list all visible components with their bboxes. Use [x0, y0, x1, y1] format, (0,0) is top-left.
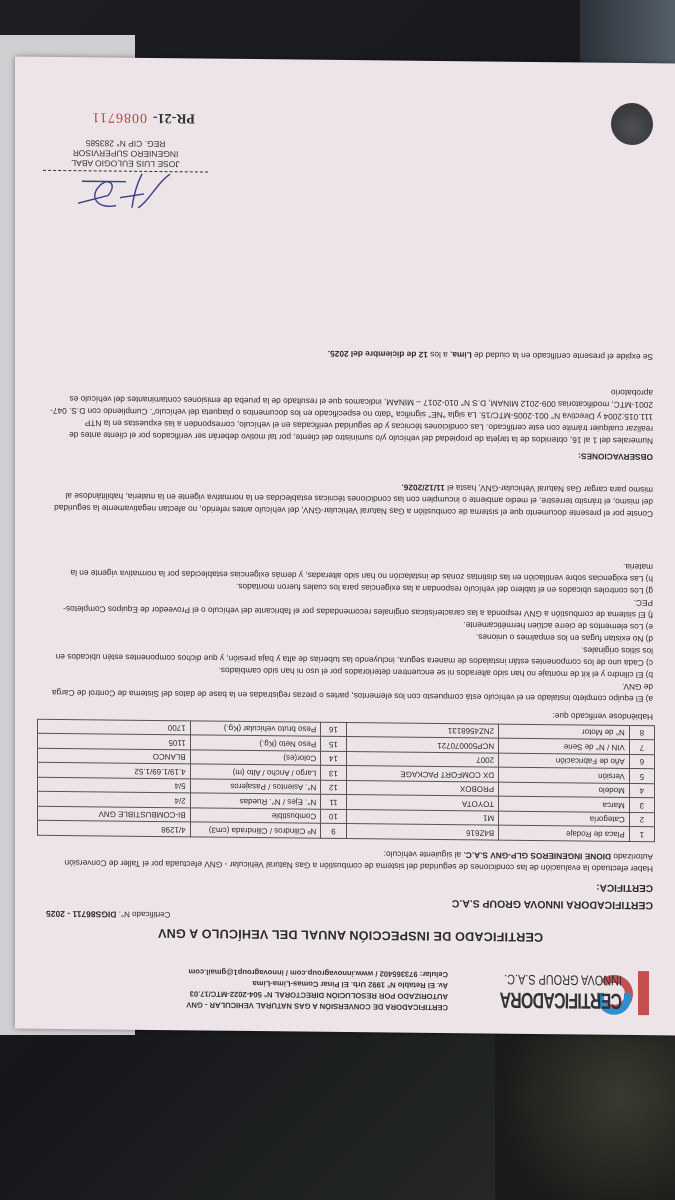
- table-cell-label2: Peso Neto (Kg.): [190, 735, 321, 751]
- table-cell-label2: N°. Ejes / N°. Ruedas: [190, 793, 321, 809]
- table-cell-value2: 1105: [38, 734, 191, 750]
- table-cell-value: DX COMFORT PACKAGE: [346, 766, 499, 782]
- issued-text: Se expide el presente certificado en la …: [472, 350, 653, 362]
- table-cell-value2: 4/1298: [38, 821, 191, 837]
- table-cell-n: 8: [629, 725, 654, 740]
- issued-text-mid: , a los: [428, 350, 452, 360]
- table-cell-n2: 15: [321, 737, 346, 752]
- certifica-label: CERTIFICA:: [596, 882, 653, 894]
- table-cell-value: PROBOX: [346, 781, 499, 797]
- gnv-certificate-document: CERTIFICADORA INNOVA GROUP S.A.C. CERTIF…: [15, 57, 675, 1036]
- certificate-number: Certificado N°. DIGS86711 - 2025: [46, 909, 170, 920]
- table-cell-label2: Peso bruto vehicular (Kg.): [190, 721, 321, 737]
- table-cell-label: Placa de Rodaje: [499, 826, 630, 842]
- table-cell-n: 4: [629, 783, 654, 798]
- table-cell-label2: Nº Cilindros / Cilindrada (cm3): [190, 822, 321, 838]
- table-cell-n: 7: [629, 740, 654, 755]
- document-header: CERTIFICADORA INNOVA GROUP S.A.C. CERTIF…: [48, 955, 653, 1023]
- table-cell-label: VIN / N° de Serie: [499, 739, 630, 755]
- table-cell-n2: 11: [321, 795, 346, 810]
- ig-logo-icon: [626, 967, 653, 1019]
- signature-block: JOSE LUIS EULOGIO ABAL INGENIERO SUPERVI…: [43, 138, 208, 213]
- observations-text: Numerales del 1 al 16, obtenidos de la t…: [44, 381, 653, 447]
- table-cell-label2: Combustible: [190, 808, 321, 824]
- issued-city: Lima: [452, 350, 471, 360]
- issued-statement: Se expide el presente certificado en la …: [44, 345, 653, 363]
- table-cell-label2: Color(es): [190, 750, 321, 766]
- table-cell-value: NCP500070721: [346, 737, 499, 753]
- observations-label: OBSERVACIONES:: [44, 445, 653, 463]
- signature-scribble-icon: [68, 169, 178, 212]
- intro-text-end: al siguiente vehículo:: [384, 849, 464, 860]
- table-cell-label: Categoría: [499, 811, 630, 827]
- table-cell-n: 3: [629, 798, 654, 813]
- intro-paragraph: Haber efectuado la evaluación de las con…: [44, 845, 653, 875]
- table-cell-n2: 16: [321, 722, 346, 737]
- table-cell-value2: 4.19/1.69/1.52: [38, 763, 191, 779]
- serial-number: PR-21-0086711: [92, 108, 195, 125]
- table-cell-value: B4Z616: [346, 824, 499, 840]
- logo-line-1: CERTIFICADORA: [500, 989, 622, 1012]
- certifier-name: CERTIFICADORA INNOVA GROUP S.A.C: [452, 897, 653, 911]
- valid-until-date: 11/12/2026.: [401, 483, 444, 493]
- document-title: CERTIFICADO DE INSPECCIÓN ANUAL DEL VEHÍ…: [38, 925, 663, 946]
- table-cell-n2: 9: [321, 824, 346, 839]
- table-cell-label2: Largo / Ancho / Alto (m): [190, 764, 321, 780]
- workshop-name: DIONE INGENIEROS GLP-GNV S.A.C.: [463, 850, 611, 862]
- table-cell-value: TOYOTA: [346, 795, 499, 811]
- table-cell-n2: 12: [321, 780, 346, 795]
- verified-list: a) El equipo completo instalado en el ve…: [44, 555, 653, 705]
- table-cell-n: 2: [629, 812, 654, 827]
- table-cell-value2: 2/4: [38, 792, 191, 808]
- signature: [43, 171, 208, 213]
- signer-name: JOSE LUIS EULOGIO ABAL: [43, 158, 208, 170]
- table-cell-label: Año de Fabricación: [499, 753, 630, 769]
- conste-text: Conste por el presente documento que el …: [54, 483, 653, 519]
- table-cell-label: Versión: [499, 768, 630, 784]
- punch-hole: [611, 103, 653, 145]
- table-cell-label: Modelo: [499, 782, 630, 798]
- certificate-number-value: DIGS86711 - 2025: [46, 909, 116, 920]
- conste-paragraph: Conste por el presente documento que el …: [44, 478, 653, 520]
- company-info: CERTIFICADORA DE CONVERSIÓN A GAS NATURA…: [186, 966, 448, 1013]
- issued-date: 12 de diciembre del 2025.: [328, 349, 428, 360]
- table-cell-n: 6: [629, 754, 654, 769]
- table-cell-n: 1: [629, 827, 654, 842]
- table-cell-value: 2NZ4568131: [346, 723, 499, 739]
- table-cell-value: 2007: [346, 752, 499, 768]
- table-cell-value2: 1700: [38, 719, 191, 735]
- signer-role: INGENIERO SUPERVISOR: [43, 148, 208, 160]
- table-cell-label2: N°. Asientos / Pasajeros: [190, 779, 321, 795]
- company-logo: CERTIFICADORA INNOVA GROUP S.A.C.: [453, 961, 653, 1023]
- signer-reg: REG. CIP N° 283585: [43, 138, 208, 150]
- table-cell-value2: BI-COMBUSTIBLE GNV: [38, 806, 191, 822]
- certificate-number-label: Certificado N°.: [119, 910, 171, 920]
- table-cell-label: Marca: [499, 797, 630, 813]
- table-cell-n2: 13: [321, 766, 346, 781]
- logo-line-2: INNOVA GROUP S.A.C.: [490, 973, 622, 988]
- serial-prefix: PR-21-: [153, 110, 195, 125]
- serial-value: 0086711: [92, 109, 147, 125]
- table-cell-value2: 5/4: [38, 777, 191, 793]
- table-cell-n2: 14: [321, 751, 346, 766]
- table-cell-label: N° de Motor: [499, 724, 630, 740]
- table-cell-value2: BLANCO: [38, 748, 191, 764]
- background-object: [495, 1030, 675, 1200]
- table-cell-n: 5: [629, 769, 654, 784]
- table-cell-value: M1: [346, 810, 499, 826]
- table-cell-n2: 10: [321, 809, 346, 824]
- vehicle-data-table: 1Placa de RodajeB4Z6169Nº Cilindros / Ci…: [37, 719, 655, 842]
